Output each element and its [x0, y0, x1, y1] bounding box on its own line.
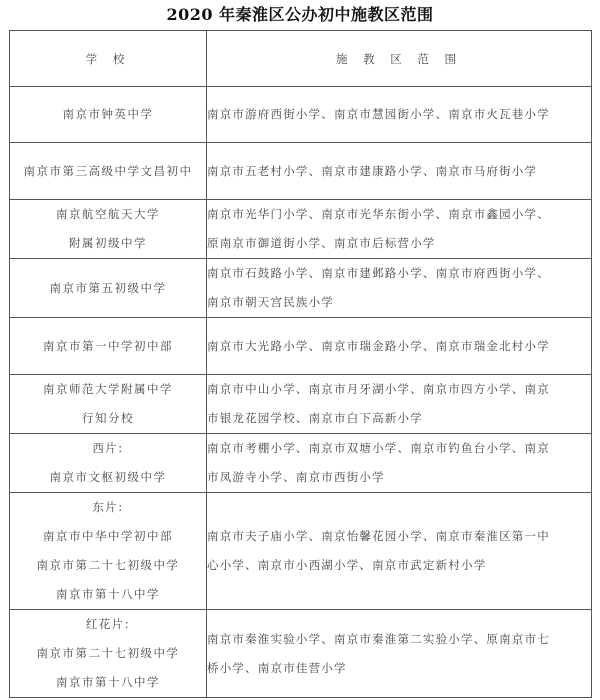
district-range-cell: 南京市大光路小学、南京市瑞金路小学、南京市瑞金北村小学 [207, 318, 592, 375]
table-row: 南京市第一中学初中部南京市大光路小学、南京市瑞金路小学、南京市瑞金北村小学 [10, 318, 592, 375]
school-name-line: 行知分校 [10, 404, 206, 433]
school-name-line: 南京市第一中学初中部 [10, 332, 206, 361]
district-range-cell: 南京市石鼓路小学、南京市建邺路小学、南京市府西街小学、南京市朝天宫民族小学 [207, 259, 592, 318]
school-name-line: 附属初级中学 [10, 229, 206, 258]
district-range-line: 桥小学、南京市佳营小学 [207, 654, 591, 683]
district-range-cell: 南京市考棚小学、南京市双塘小学、南京市钓鱼台小学、南京市凤游寺小学、南京市西街小… [207, 434, 592, 493]
school-cell: 南京市第三高级中学文昌初中 [10, 143, 207, 200]
table-row: 南京市第五初级中学南京市石鼓路小学、南京市建邺路小学、南京市府西街小学、南京市朝… [10, 259, 592, 318]
school-cell: 南京航空航天大学附属初级中学 [10, 200, 207, 259]
table-row: 南京师范大学附属中学行知分校南京市中山小学、南京市月牙湖小学、南京市四方小学、南… [10, 375, 592, 434]
school-name-line: 南京市第十八中学 [10, 580, 206, 609]
table-row: 南京航空航天大学附属初级中学南京市光华门小学、南京市光华东街小学、南京市鑫园小学… [10, 200, 592, 259]
table-row: 西片:南京市文枢初级中学南京市考棚小学、南京市双塘小学、南京市钓鱼台小学、南京市… [10, 434, 592, 493]
school-district-table: 学 校 施 教 区 范 围 南京市钟英中学南京市游府西街小学、南京市慧园街小学、… [9, 30, 592, 698]
school-name-line: 红花片: [10, 610, 206, 639]
district-range-line: 市银龙花园学校、南京市白下高新小学 [207, 404, 591, 433]
school-cell: 南京市钟英中学 [10, 87, 207, 143]
school-cell: 红花片:南京市第二十七初级中学南京市第十八中学 [10, 610, 207, 698]
school-name-line: 东片: [10, 493, 206, 522]
table-row: 红花片:南京市第二十七初级中学南京市第十八中学南京市秦淮实验小学、南京市秦淮第二… [10, 610, 592, 698]
header-school: 学 校 [10, 31, 207, 87]
school-name-line: 南京市文枢初级中学 [10, 463, 206, 492]
district-range-cell: 南京市游府西街小学、南京市慧园街小学、南京市火瓦巷小学 [207, 87, 592, 143]
school-cell: 西片:南京市文枢初级中学 [10, 434, 207, 493]
school-name-line: 南京航空航天大学 [10, 200, 206, 229]
district-range-line: 南京市考棚小学、南京市双塘小学、南京市钓鱼台小学、南京 [207, 434, 591, 463]
school-cell: 东片:南京市中华中学初中部南京市第二十七初级中学南京市第十八中学 [10, 493, 207, 610]
district-range-line: 心小学、南京市小西湖小学、南京市武定新村小学 [207, 551, 591, 580]
district-range-line: 南京市大光路小学、南京市瑞金路小学、南京市瑞金北村小学 [207, 332, 591, 361]
school-name-line: 南京市第五初级中学 [10, 274, 206, 303]
school-cell: 南京市第五初级中学 [10, 259, 207, 318]
table-row: 东片:南京市中华中学初中部南京市第二十七初级中学南京市第十八中学南京市夫子庙小学… [10, 493, 592, 610]
district-range-cell: 南京市中山小学、南京市月牙湖小学、南京市四方小学、南京市银龙花园学校、南京市白下… [207, 375, 592, 434]
school-cell: 南京市第一中学初中部 [10, 318, 207, 375]
school-name-line: 西片: [10, 434, 206, 463]
district-range-cell: 南京市光华门小学、南京市光华东街小学、南京市鑫园小学、原南京市御道街小学、南京市… [207, 200, 592, 259]
table-row: 南京市钟英中学南京市游府西街小学、南京市慧园街小学、南京市火瓦巷小学 [10, 87, 592, 143]
district-range-line: 南京市中山小学、南京市月牙湖小学、南京市四方小学、南京 [207, 375, 591, 404]
district-range-line: 南京市游府西街小学、南京市慧园街小学、南京市火瓦巷小学 [207, 100, 591, 129]
header-range: 施 教 区 范 围 [207, 31, 592, 87]
table-row: 南京市第三高级中学文昌初中南京市五老村小学、南京市建康路小学、南京市马府街小学 [10, 143, 592, 200]
table-header-row: 学 校 施 教 区 范 围 [10, 31, 592, 87]
district-range-line: 南京市光华门小学、南京市光华东街小学、南京市鑫园小学、 [207, 200, 591, 229]
school-name-line: 南京市第三高级中学文昌初中 [10, 157, 206, 186]
school-name-line: 南京市第二十七初级中学 [10, 639, 206, 668]
district-range-cell: 南京市秦淮实验小学、南京市秦淮第二实验小学、原南京市七桥小学、南京市佳营小学 [207, 610, 592, 698]
district-range-cell: 南京市五老村小学、南京市建康路小学、南京市马府街小学 [207, 143, 592, 200]
district-range-line: 南京市秦淮实验小学、南京市秦淮第二实验小学、原南京市七 [207, 625, 591, 654]
district-range-line: 南京市石鼓路小学、南京市建邺路小学、南京市府西街小学、 [207, 259, 591, 288]
district-range-line: 市凤游寺小学、南京市西街小学 [207, 463, 591, 492]
school-name-line: 南京市中华中学初中部 [10, 522, 206, 551]
district-range-cell: 南京市夫子庙小学、南京怡馨花园小学、南京市秦淮区第一中心小学、南京市小西湖小学、… [207, 493, 592, 610]
district-range-line: 南京市夫子庙小学、南京怡馨花园小学、南京市秦淮区第一中 [207, 522, 591, 551]
table-body: 南京市钟英中学南京市游府西街小学、南京市慧园街小学、南京市火瓦巷小学南京市第三高… [10, 87, 592, 698]
district-range-line: 原南京市御道街小学、南京市后标营小学 [207, 229, 591, 258]
school-name-line: 南京师范大学附属中学 [10, 375, 206, 404]
document-title: 2020 年秦淮区公办初中施教区范围 [0, 4, 600, 26]
district-range-line: 南京市朝天宫民族小学 [207, 288, 591, 317]
school-cell: 南京师范大学附属中学行知分校 [10, 375, 207, 434]
school-name-line: 南京市第十八中学 [10, 668, 206, 697]
school-name-line: 南京市第二十七初级中学 [10, 551, 206, 580]
school-name-line: 南京市钟英中学 [10, 100, 206, 129]
district-range-line: 南京市五老村小学、南京市建康路小学、南京市马府街小学 [207, 157, 591, 186]
